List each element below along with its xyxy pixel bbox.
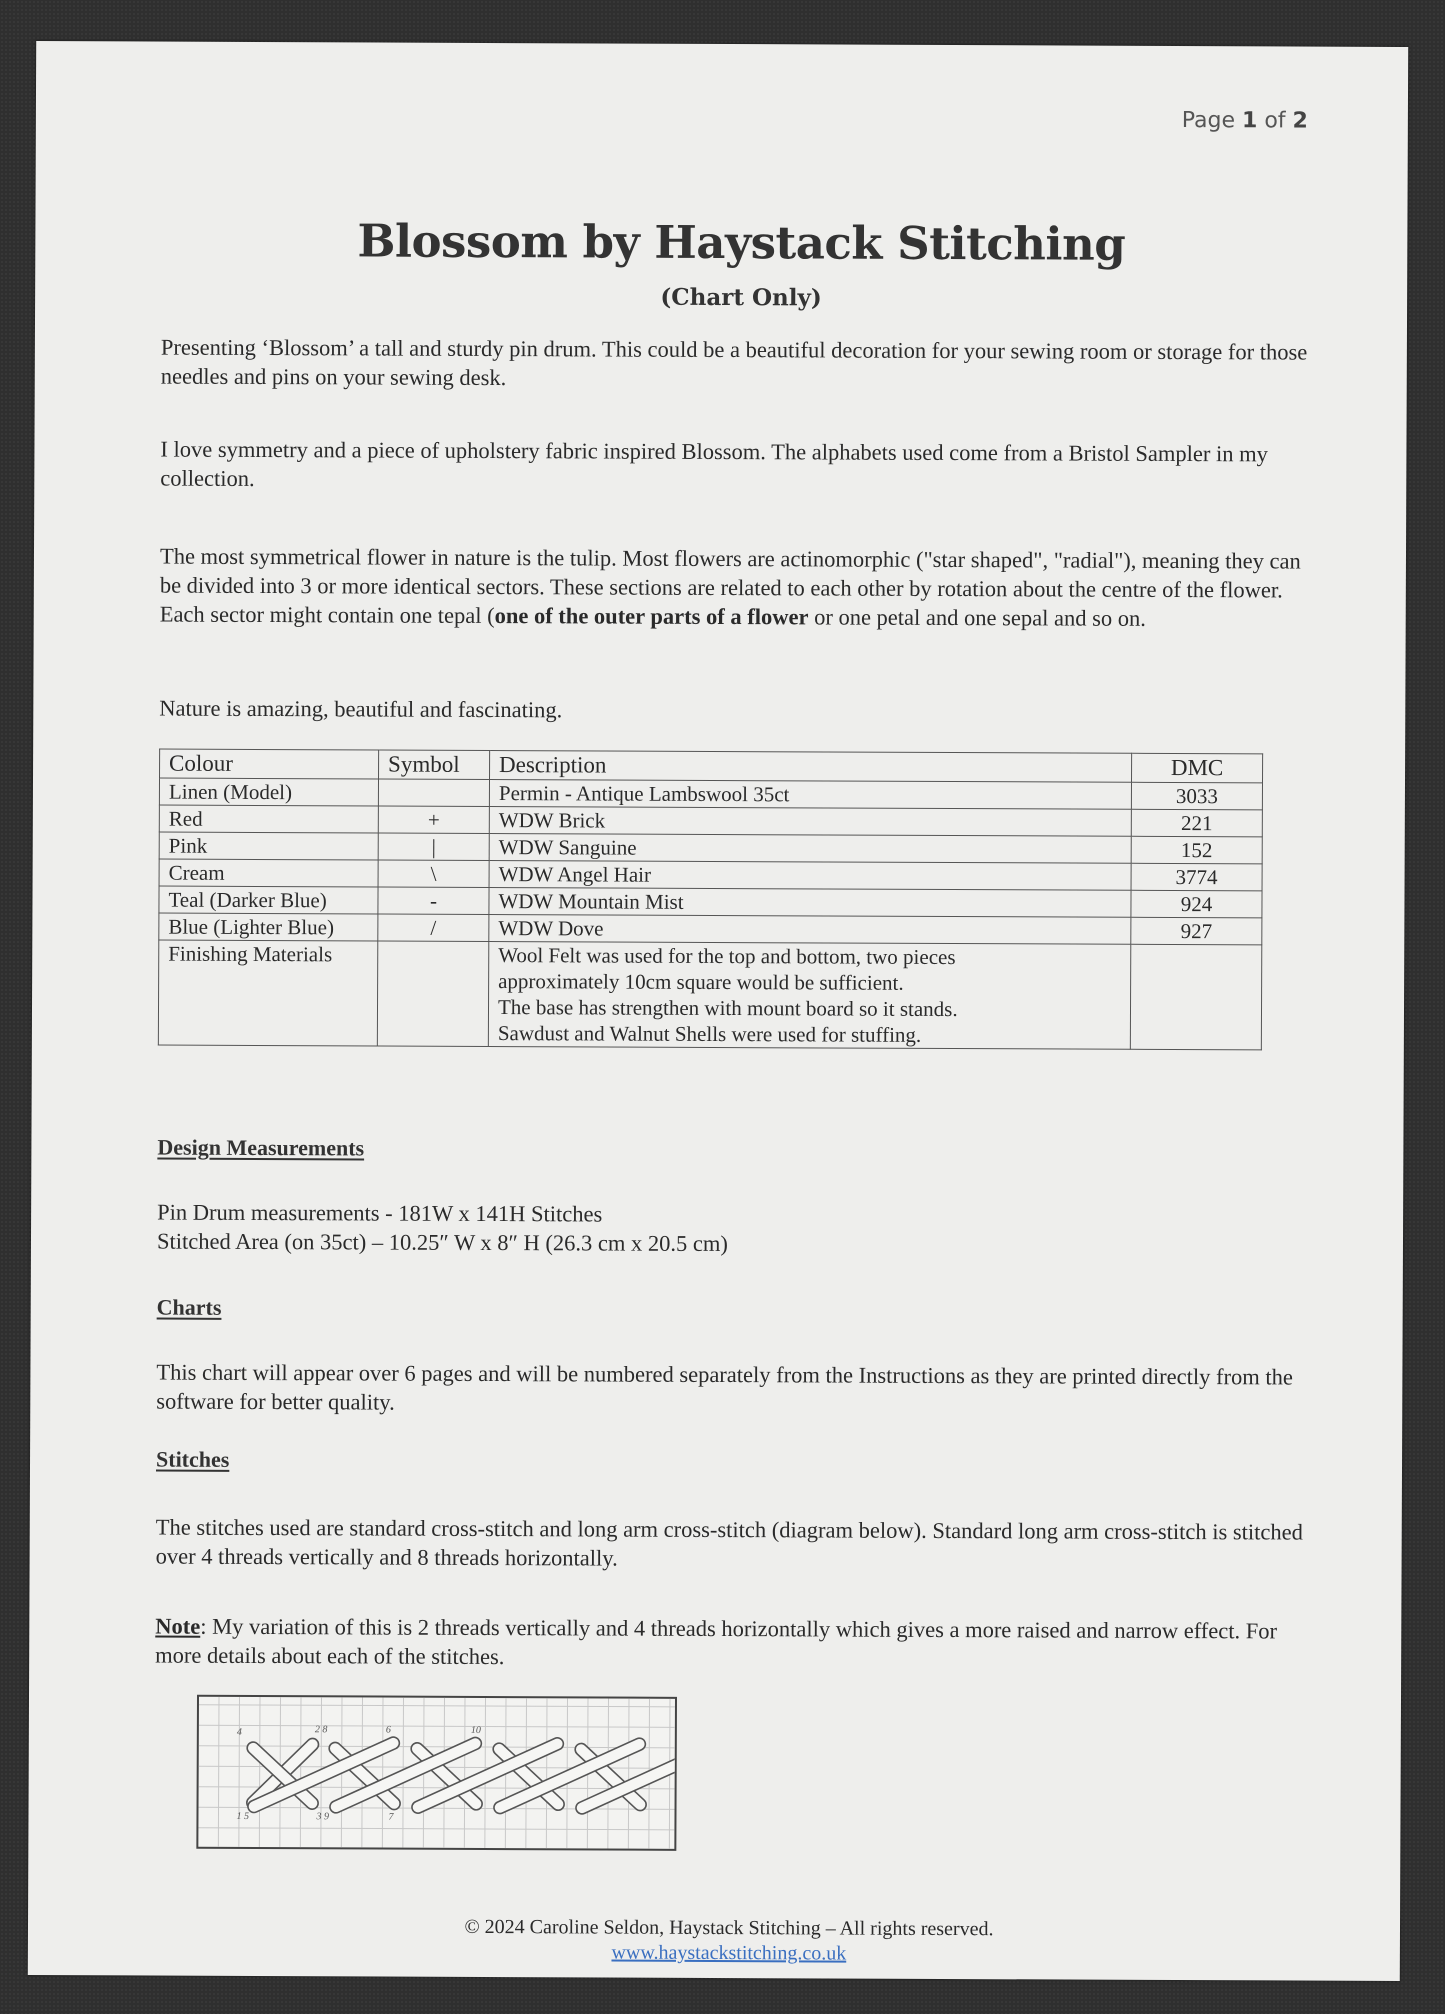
col-header-description: Description xyxy=(490,751,1132,783)
page-current: 1 xyxy=(1242,108,1257,133)
cell-symbol: | xyxy=(378,833,489,860)
cell-description: WDW Angel Hair xyxy=(489,861,1131,891)
page-label: Page xyxy=(1182,108,1235,133)
design-measurements-heading: Design Measurements xyxy=(157,1135,364,1162)
cell-symbol xyxy=(377,941,488,1046)
intro-paragraph-3: The most symmetrical flower in nature is… xyxy=(160,542,1310,634)
cell-symbol: / xyxy=(378,914,489,941)
cell-description: WDW Sanguine xyxy=(489,834,1131,864)
table-row-finishing: Finishing MaterialsWool Felt was used fo… xyxy=(158,940,1261,1050)
table-row: Blue (Lighter Blue)/WDW Dove927 xyxy=(159,913,1262,945)
footer: © 2024 Caroline Seldon, Haystack Stitchi… xyxy=(28,1914,1400,1968)
cell-symbol: - xyxy=(378,887,489,914)
cell-description: WDW Brick xyxy=(489,807,1131,837)
col-header-dmc: DMC xyxy=(1132,753,1263,783)
thread-legend-table: Colour Symbol Description DMC Linen (Mod… xyxy=(158,749,1263,1051)
cell-colour: Blue (Lighter Blue) xyxy=(159,913,378,941)
cell-description: WDW Mountain Mist xyxy=(489,887,1131,917)
design-measurements-text: Pin Drum measurements - 181W x 141H Stit… xyxy=(157,1198,1307,1261)
cell-description: WDW Dove xyxy=(489,914,1131,944)
svg-text:1 5: 1 5 xyxy=(236,1811,249,1822)
cell-description: Permin - Antique Lambswool 35ct xyxy=(489,780,1131,810)
svg-text:3 9: 3 9 xyxy=(315,1811,329,1822)
cell-colour: Finishing Materials xyxy=(158,940,377,1046)
cell-dmc: 152 xyxy=(1131,836,1262,864)
page-total: 2 xyxy=(1293,108,1308,133)
stitches-heading: Stitches xyxy=(156,1447,229,1473)
stitches-text: The stitches used are standard cross-sti… xyxy=(156,1513,1306,1576)
svg-text:4: 4 xyxy=(237,1727,242,1738)
cell-colour: Linen (Model) xyxy=(159,778,378,806)
cell-description: Wool Felt was used for the top and botto… xyxy=(488,941,1130,1049)
cell-dmc xyxy=(1130,944,1261,1050)
cell-colour: Pink xyxy=(159,832,378,860)
cell-dmc: 3774 xyxy=(1131,863,1262,891)
cell-dmc: 221 xyxy=(1131,809,1262,837)
page-number: Page 1 of 2 xyxy=(1182,108,1308,134)
table-row: Teal (Darker Blue)-WDW Mountain Mist924 xyxy=(159,886,1262,918)
col-header-colour: Colour xyxy=(160,749,379,779)
svg-text:6: 6 xyxy=(386,1725,391,1736)
intro-paragraph-4: Nature is amazing, beautiful and fascina… xyxy=(159,694,1309,728)
cell-dmc: 924 xyxy=(1131,890,1262,918)
cell-symbol xyxy=(378,779,489,806)
intro-paragraph-2: I love symmetry and a piece of upholster… xyxy=(160,435,1310,498)
cell-dmc: 927 xyxy=(1131,917,1262,945)
intro-paragraph-1: Presenting ‘Blossom’ a tall and sturdy p… xyxy=(161,333,1311,396)
cell-symbol: + xyxy=(378,806,489,833)
cell-symbol: \ xyxy=(378,860,489,887)
svg-text:2 8: 2 8 xyxy=(315,1724,328,1735)
document-page: Page 1 of 2 Blossom by Haystack Stitchin… xyxy=(28,41,1408,1981)
cell-colour: Teal (Darker Blue) xyxy=(159,886,378,914)
page-subtitle: (Chart Only) xyxy=(35,281,1407,314)
copyright-text: © 2024 Caroline Seldon, Haystack Stitchi… xyxy=(58,1914,1400,1943)
stitch-diagram-graphic: 42 86101 53 97 xyxy=(198,1697,675,1849)
page-of: of xyxy=(1264,108,1285,133)
page-title: Blossom by Haystack Stitching xyxy=(35,213,1407,272)
charts-heading: Charts xyxy=(157,1295,222,1321)
svg-text:10: 10 xyxy=(471,1725,481,1736)
website-link[interactable]: www.haystackstitching.co.uk xyxy=(58,1939,1400,1968)
cell-colour: Red xyxy=(159,805,378,833)
stitches-note: Note: My variation of this is 2 threads … xyxy=(155,1612,1305,1675)
cell-colour: Cream xyxy=(159,859,378,887)
long-arm-cross-stitch-diagram: 42 86101 53 97 xyxy=(196,1695,677,1851)
charts-text: This chart will appear over 6 pages and … xyxy=(156,1358,1306,1421)
svg-text:7: 7 xyxy=(388,1812,394,1823)
col-header-symbol: Symbol xyxy=(379,750,490,779)
cell-dmc: 3033 xyxy=(1131,782,1262,810)
